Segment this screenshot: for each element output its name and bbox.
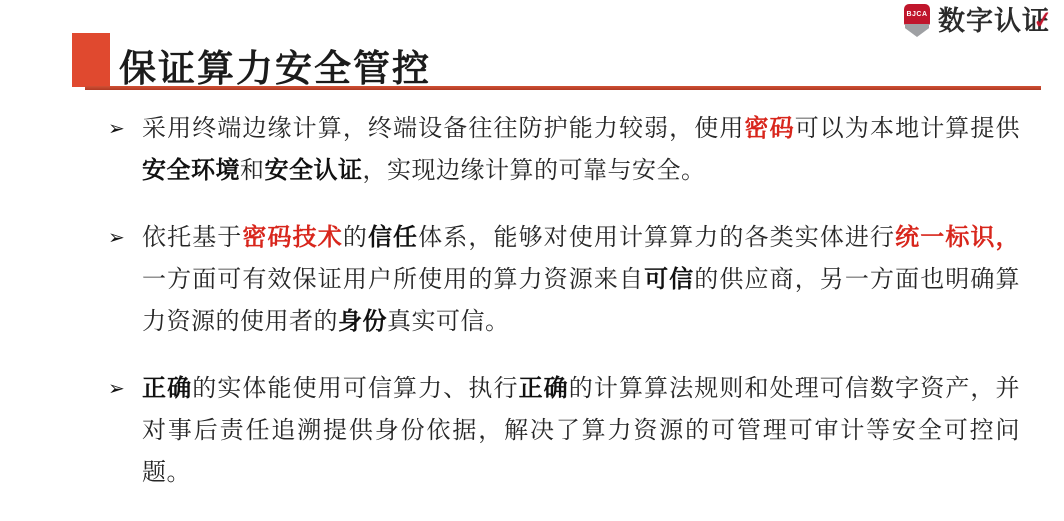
text-segment-normal: 的 — [343, 224, 368, 251]
text-segment-bold: 正确 — [519, 375, 569, 402]
bullet-text: 正确的实体能使用可信算力、执行正确的计算算法规则和处理可信数字资产，并对事后责任… — [142, 368, 1020, 494]
text-segment-bold: 可信 — [644, 266, 694, 293]
title-underline — [85, 86, 1041, 90]
bullet-arrow-icon: ➢ — [108, 108, 142, 150]
bullet-arrow-icon: ➢ — [108, 368, 142, 410]
text-segment-normal: 的实体能使用可信算力、执行 — [192, 375, 518, 402]
text-segment-red-bold: 密码 — [744, 115, 794, 142]
bullet-item-1: ➢采用终端边缘计算，终端设备往往防护能力较弱，使用密码可以为本地计算提供安全环境… — [108, 108, 1020, 192]
text-segment-normal: 可以为本地计算提供 — [795, 115, 1020, 142]
shield-top: BJCA — [904, 4, 930, 25]
brand-text: 数字认证 — [938, 6, 1050, 36]
text-segment-bold: 安全环境 — [142, 157, 240, 184]
bullet-arrow-icon: ➢ — [108, 217, 142, 259]
title-accent-square — [72, 33, 110, 87]
bullet-text: 依托基于密码技术的信任体系，能够对使用计算算力的各类实体进行统一标识，一方面可有… — [142, 217, 1020, 343]
bullet-item-3: ➢正确的实体能使用可信算力、执行正确的计算算法规则和处理可信数字资产，并对事后责… — [108, 368, 1020, 494]
page-title: 保证算力安全管控 — [119, 38, 431, 92]
text-segment-normal: ，实现边缘计算的可靠与安全。 — [363, 157, 706, 184]
text-segment-normal: 和 — [240, 157, 265, 184]
brand-name: 数字认证 ✓ — [938, 4, 1050, 38]
text-segment-red-bold: 统一标识， — [895, 224, 1020, 251]
shield-ribbon — [905, 24, 929, 37]
bjca-shield-icon: BJCA — [902, 4, 932, 38]
text-segment-normal: 采用终端边缘计算，终端设备往往防护能力较弱，使用 — [142, 115, 744, 142]
text-segment-normal: 一方面可有效保证用户所使用的算力资源来自 — [142, 266, 644, 293]
bullet-list: ➢采用终端边缘计算，终端设备往往防护能力较弱，使用密码可以为本地计算提供安全环境… — [108, 108, 1020, 519]
text-segment-red-bold: 密码技术 — [242, 224, 342, 251]
slide: BJCA 数字认证 ✓ 保证算力安全管控 ➢采用终端边缘计算，终端设备往往防护能… — [0, 0, 1064, 521]
brand-logo: BJCA 数字认证 ✓ — [902, 4, 1050, 38]
text-segment-normal: 体系，能够对使用计算算力的各类实体进行 — [418, 224, 895, 251]
bullet-item-2: ➢依托基于密码技术的信任体系，能够对使用计算算力的各类实体进行统一标识，一方面可… — [108, 217, 1020, 343]
text-segment-bold: 正确 — [142, 375, 192, 402]
text-segment-bold: 安全认证 — [265, 157, 363, 184]
text-segment-bold: 信任 — [368, 224, 418, 251]
bullet-text: 采用终端边缘计算，终端设备往往防护能力较弱，使用密码可以为本地计算提供安全环境和… — [142, 108, 1020, 192]
text-segment-normal: 依托基于 — [142, 224, 242, 251]
text-segment-normal: 真实可信。 — [387, 308, 510, 335]
text-segment-bold: 身份 — [338, 308, 387, 335]
